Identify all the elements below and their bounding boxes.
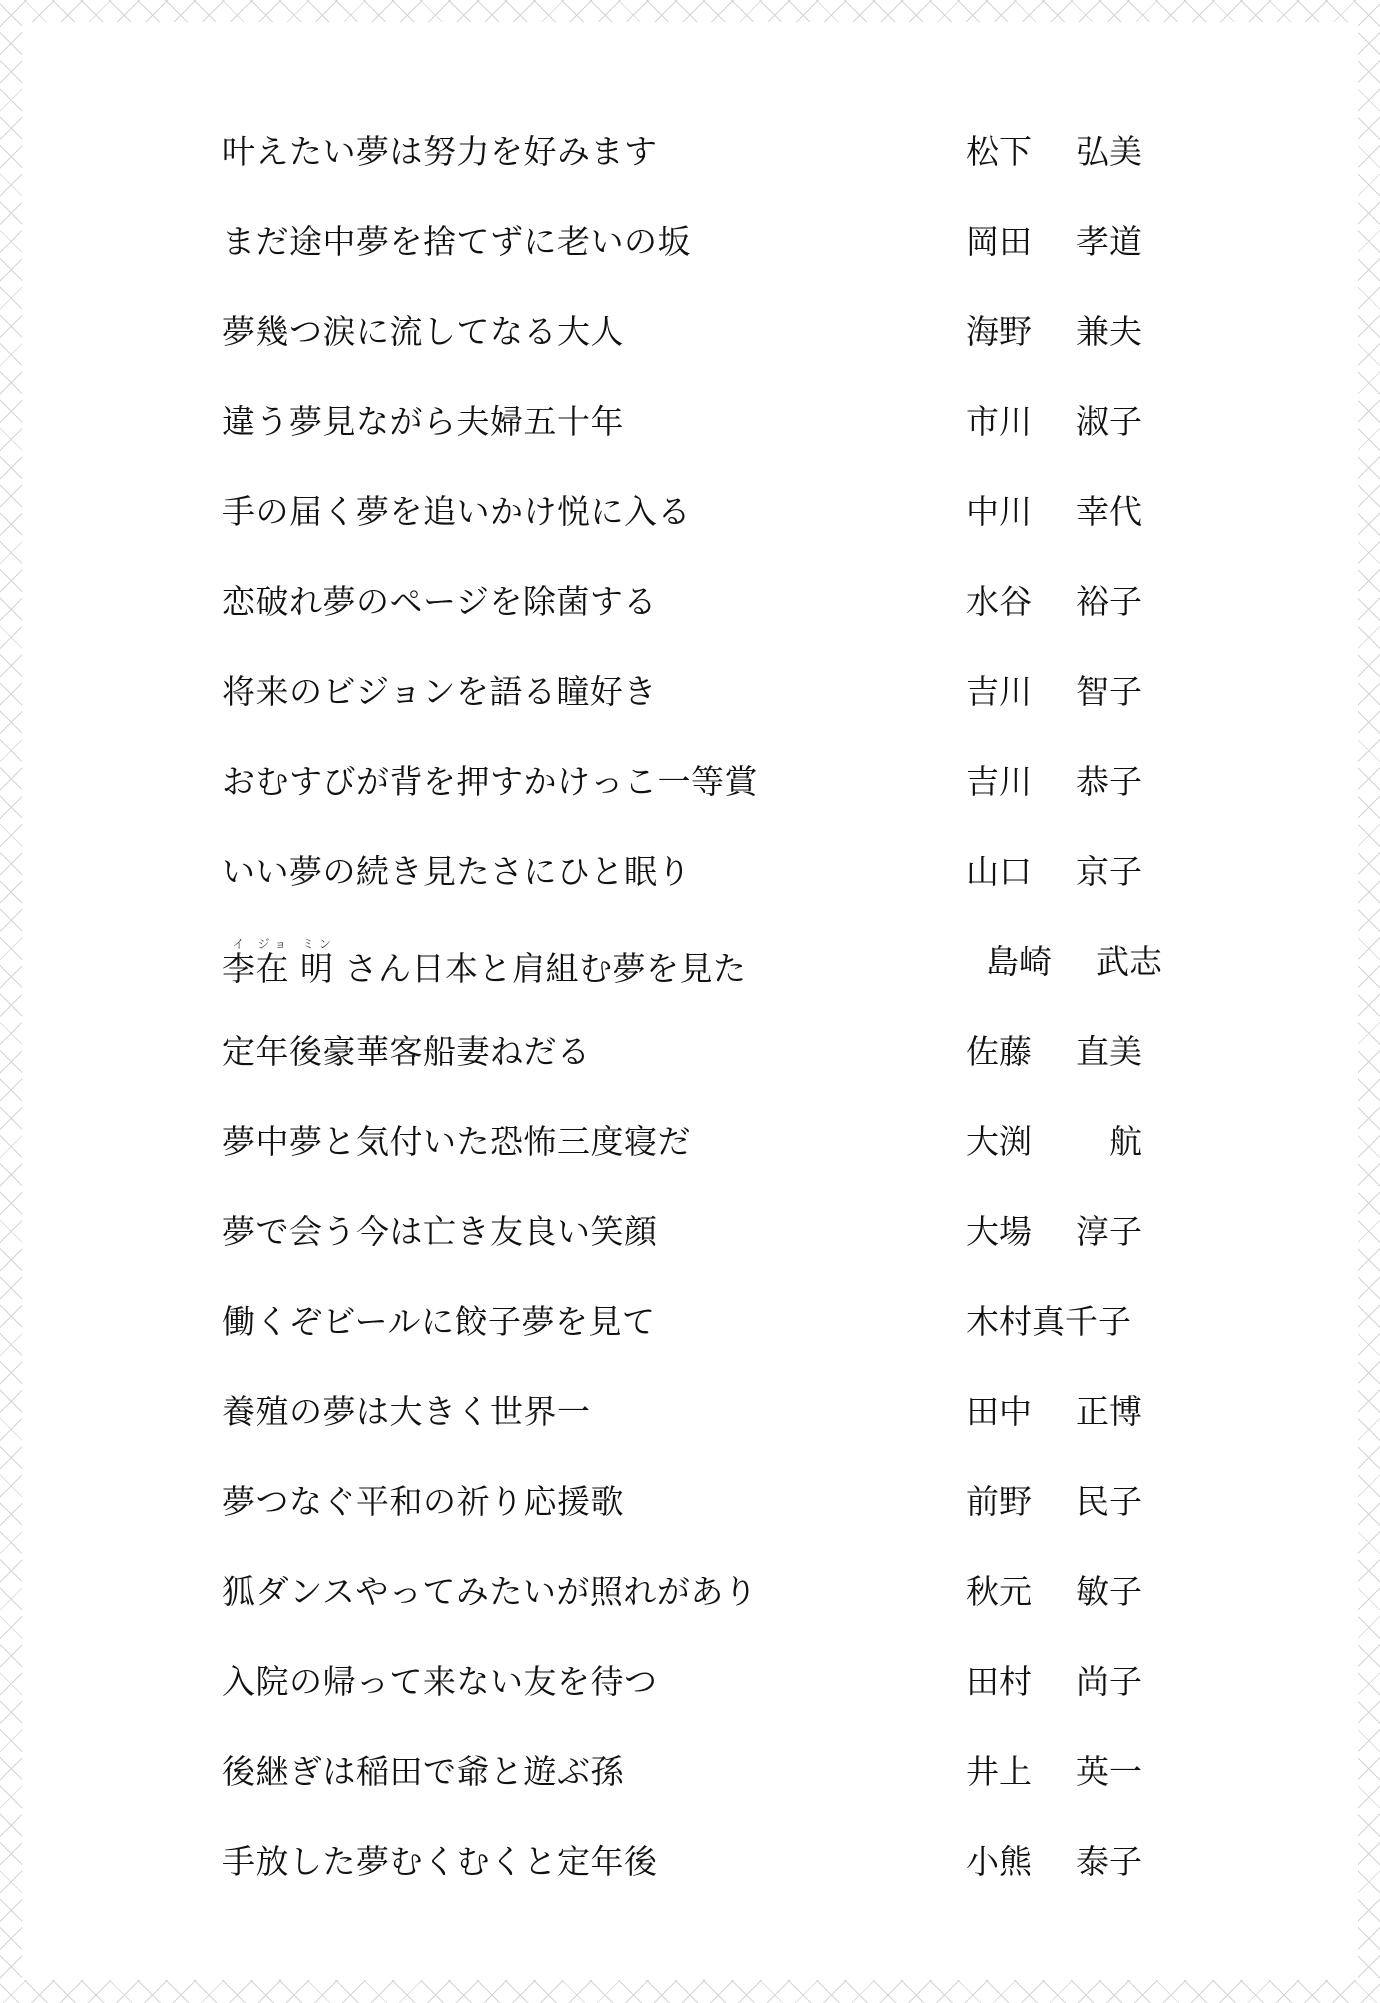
entry-row: 李イ在ジョ 明ミン さん日本と肩組む夢を見た 島崎武志 — [22, 937, 1358, 987]
entry-row: 恋破れ夢のページを除菌する 水谷裕子 — [22, 577, 1358, 627]
author-family-name: 田村 — [966, 1657, 1072, 1707]
author-name: 大場淳子 — [966, 1207, 1142, 1257]
author-family-name: 小熊 — [966, 1837, 1072, 1887]
author-given-name: 直美 — [1072, 1027, 1142, 1077]
entry-row: 将来のビジョンを語る瞳好き 吉川智子 — [22, 667, 1358, 717]
author-given-name: 英一 — [1072, 1747, 1142, 1797]
author-full-name: 木村真千子 — [966, 1297, 1131, 1347]
author-family-name: 山口 — [966, 847, 1072, 897]
entry-row: 夢中夢と気付いた恐怖三度寝だ 大渕航 — [22, 1117, 1358, 1167]
poem-text: いい夢の続き見たさにひと眠り — [222, 847, 691, 897]
author-name: 水谷裕子 — [966, 577, 1142, 627]
author-family-name: 秋元 — [966, 1567, 1072, 1617]
author-name: 田村尚子 — [966, 1657, 1142, 1707]
entry-row: いい夢の続き見たさにひと眠り 山口京子 — [22, 847, 1358, 897]
poem-text: 夢で会う今は亡き友良い笑顔 — [222, 1207, 658, 1257]
entry-row: 入院の帰って来ない友を待つ 田村尚子 — [22, 1657, 1358, 1707]
poem-text: 後継ぎは稲田で爺と遊ぶ孫 — [222, 1747, 624, 1797]
author-given-name: 尚子 — [1072, 1657, 1142, 1707]
author-name: 岡田孝道 — [966, 217, 1142, 267]
poem-text: さん日本と肩組む夢を見た — [345, 949, 747, 988]
ruby-reading: ミン — [300, 937, 333, 951]
author-name: 島崎武志 — [986, 937, 1162, 987]
author-family-name: 中川 — [966, 487, 1072, 537]
author-given-name: 正博 — [1072, 1387, 1142, 1437]
author-family-name: 前野 — [966, 1477, 1072, 1527]
poem-text: 狐ダンスやってみたいが照れがあり — [222, 1567, 757, 1617]
poem-text: 養殖の夢は大きく世界一 — [222, 1387, 591, 1437]
ruby-reading: イ — [222, 937, 255, 951]
ruby-base: 明 — [300, 949, 334, 988]
author-family-name: 島崎 — [986, 937, 1092, 987]
entry-row: 夢幾つ涙に流してなる大人 海野兼夫 — [22, 307, 1358, 357]
ruby-myung: 明ミン — [300, 949, 334, 988]
entry-row: 夢で会う今は亡き友良い笑顔 大場淳子 — [22, 1207, 1358, 1257]
ruby-li: 李イ — [222, 949, 256, 988]
author-given-name: 淑子 — [1072, 397, 1142, 447]
author-family-name: 大渕 — [966, 1117, 1072, 1167]
author-given-name: 智子 — [1072, 667, 1142, 717]
ruby-base: 在 — [256, 949, 290, 988]
author-family-name: 井上 — [966, 1747, 1072, 1797]
author-name: 海野兼夫 — [966, 307, 1142, 357]
entry-row: 働くぞビールに餃子夢を見て 木村真千子 — [22, 1297, 1358, 1347]
entry-row: おむすびが背を押すかけっこ一等賞 吉川恭子 — [22, 757, 1358, 807]
poem-text-with-ruby: 李イ在ジョ 明ミン さん日本と肩組む夢を見た — [222, 937, 747, 994]
author-name: 市川淑子 — [966, 397, 1142, 447]
author-given-name: 武志 — [1092, 937, 1162, 987]
poem-text: 手放した夢むくむくと定年後 — [222, 1837, 658, 1887]
author-family-name: 岡田 — [966, 217, 1072, 267]
author-given-name: 敏子 — [1072, 1567, 1142, 1617]
entry-row: 手の届く夢を追いかけ悦に入る 中川幸代 — [22, 487, 1358, 537]
author-family-name: 市川 — [966, 397, 1072, 447]
author-family-name: 水谷 — [966, 577, 1072, 627]
author-family-name: 田中 — [966, 1387, 1072, 1437]
poem-text: 将来のビジョンを語る瞳好き — [222, 667, 657, 717]
poem-text: 夢幾つ涙に流してなる大人 — [222, 307, 624, 357]
author-name: 佐藤直美 — [966, 1027, 1142, 1077]
entry-row: 手放した夢むくむくと定年後 小熊泰子 — [22, 1837, 1358, 1887]
entry-row: 後継ぎは稲田で爺と遊ぶ孫 井上英一 — [22, 1747, 1358, 1797]
poem-text: 入院の帰って来ない友を待つ — [222, 1657, 658, 1707]
entry-row: 叶えたい夢は努力を好みます 松下弘美 — [22, 127, 1358, 177]
author-given-name: 弘美 — [1072, 127, 1142, 177]
poem-text: 夢つなぐ平和の祈り応援歌 — [222, 1477, 624, 1527]
entry-row: 養殖の夢は大きく世界一 田中正博 — [22, 1387, 1358, 1437]
document-page: 叶えたい夢は努力を好みます 松下弘美 まだ途中夢を捨てずに老いの坂 岡田孝道 夢… — [22, 22, 1358, 1980]
author-given-name: 兼夫 — [1072, 307, 1142, 357]
author-family-name: 吉川 — [966, 667, 1072, 717]
author-family-name: 松下 — [966, 127, 1072, 177]
author-name: 木村真千子 — [966, 1297, 1131, 1347]
author-name: 田中正博 — [966, 1387, 1142, 1437]
author-name: 前野民子 — [966, 1477, 1142, 1527]
entry-row: まだ途中夢を捨てずに老いの坂 岡田孝道 — [22, 217, 1358, 267]
author-given-name: 泰子 — [1072, 1837, 1142, 1887]
author-name: 井上英一 — [966, 1747, 1142, 1797]
entry-row: 夢つなぐ平和の祈り応援歌 前野民子 — [22, 1477, 1358, 1527]
author-name: 小熊泰子 — [966, 1837, 1142, 1887]
poem-text: 叶えたい夢は努力を好みます — [222, 127, 658, 177]
author-given-name: 京子 — [1072, 847, 1142, 897]
author-given-name: 民子 — [1072, 1477, 1142, 1527]
author-given-name: 幸代 — [1072, 487, 1142, 537]
author-name: 山口京子 — [966, 847, 1142, 897]
poem-text: おむすびが背を押すかけっこ一等賞 — [222, 757, 758, 807]
author-given-name: 淳子 — [1072, 1207, 1142, 1257]
poem-text: 働くぞビールに餃子夢を見て — [222, 1297, 656, 1347]
author-family-name: 海野 — [966, 307, 1072, 357]
entry-row: 違う夢見ながら夫婦五十年 市川淑子 — [22, 397, 1358, 447]
poem-text: 恋破れ夢のページを除菌する — [222, 577, 657, 627]
author-name: 中川幸代 — [966, 487, 1142, 537]
author-name: 大渕航 — [966, 1117, 1142, 1167]
author-name: 秋元敏子 — [966, 1567, 1142, 1617]
author-given-name: 航 — [1072, 1117, 1142, 1167]
poem-text: まだ途中夢を捨てずに老いの坂 — [222, 217, 691, 267]
author-name: 吉川恭子 — [966, 757, 1142, 807]
ruby-reading: ジョ — [256, 937, 289, 951]
ruby-jae: 在ジョ — [256, 949, 290, 988]
poem-text: 違う夢見ながら夫婦五十年 — [222, 397, 624, 447]
author-given-name: 恭子 — [1072, 757, 1142, 807]
author-name: 松下弘美 — [966, 127, 1142, 177]
ruby-base: 李 — [222, 949, 256, 988]
author-family-name: 吉川 — [966, 757, 1072, 807]
poem-text: 夢中夢と気付いた恐怖三度寝だ — [222, 1117, 691, 1167]
author-given-name: 孝道 — [1072, 217, 1142, 267]
entry-row: 狐ダンスやってみたいが照れがあり 秋元敏子 — [22, 1567, 1358, 1617]
author-family-name: 佐藤 — [966, 1027, 1072, 1077]
author-family-name: 大場 — [966, 1207, 1072, 1257]
entry-row: 定年後豪華客船妻ねだる 佐藤直美 — [22, 1027, 1358, 1077]
author-given-name: 裕子 — [1072, 577, 1142, 627]
author-name: 吉川智子 — [966, 667, 1142, 717]
poem-text: 手の届く夢を追いかけ悦に入る — [222, 487, 691, 537]
poem-text: 定年後豪華客船妻ねだる — [222, 1027, 591, 1077]
